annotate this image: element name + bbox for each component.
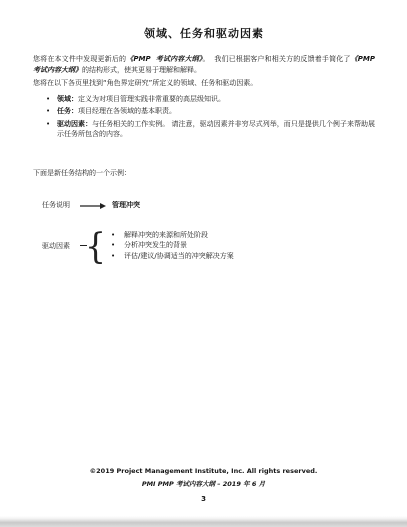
intro-text-3: 的结构形式，使其更易于理解和解释。: [82, 66, 201, 74]
page-content: 领域、任务和驱动因素 您将在本文件中发现更新后的《PMP 考试内容大纲》。 我们…: [0, 0, 407, 262]
task-label: 任务说明: [42, 200, 80, 210]
intro-text-2: 。 我们已根据客户和相关方的反馈着手简化了: [202, 55, 350, 63]
page-number: 3: [0, 495, 407, 503]
bullet-icon: •: [111, 240, 124, 251]
bullet-icon: •: [111, 251, 124, 262]
task-value: 管理冲突: [112, 200, 140, 210]
intro-paragraph-2: 您将在以下各页里找到“角色界定研究”所定义的领域、任务和驱动因素。: [33, 78, 375, 89]
document-title-footer: PMI PMP 考试内容大纲 – 2019 年 6 月: [0, 479, 407, 488]
definition-term: 驱动因素：: [57, 120, 92, 128]
bullet-icon: •: [46, 119, 57, 140]
copyright-text: ©2019 Project Management Institute, Inc.…: [0, 467, 407, 475]
drivers-list: • 解释冲突的来源和所处阶段 • 分析冲突发生的背景 • 评估/建议/协调适当的…: [111, 230, 234, 262]
definition-list: • 领域：定义为对项目管理实践非常重要的高层级知识。 • 任务：项目经理在各领域…: [33, 94, 375, 140]
page-bottom-edge: [0, 516, 407, 527]
brace-icon: {: [85, 228, 106, 264]
intro-paragraph-1: 您将在本文件中发现更新后的《PMP 考试内容大纲》。 我们已根据客户和相关方的反…: [33, 54, 375, 75]
example-lead: 下面是新任务结构的一个示例：: [33, 168, 375, 179]
list-item: • 解释冲突的来源和所处阶段: [111, 230, 234, 241]
definition-text: 与任务相关的工作实例。 请注意，驱动因素并非穷尽式列举，而只是提供几个例子来帮助…: [57, 120, 375, 139]
definition-enabler: 驱动因素：与任务相关的工作实例。 请注意，驱动因素并非穷尽式列举，而只是提供几个…: [57, 119, 375, 140]
list-item: • 驱动因素：与任务相关的工作实例。 请注意，驱动因素并非穷尽式列举，而只是提供…: [46, 119, 375, 140]
list-item: • 任务：项目经理在各领域的基本职责。: [46, 106, 375, 117]
definition-term: 任务：: [57, 107, 78, 115]
list-item: • 分析冲突发生的背景: [111, 240, 234, 251]
book-title-1: 《PMP 考试内容大纲》: [126, 55, 202, 63]
document-page: 领域、任务和驱动因素 您将在本文件中发现更新后的《PMP 考试内容大纲》。 我们…: [0, 0, 407, 527]
definition-domain: 领域：定义为对项目管理实践非常重要的高层级知识。: [57, 94, 375, 105]
task-structure-row: 任务说明 管理冲突: [42, 195, 375, 214]
bullet-icon: •: [111, 230, 124, 241]
bullet-icon: •: [46, 106, 57, 117]
definition-term: 领域：: [57, 95, 78, 103]
definition-text: 项目经理在各领域的基本职责。: [78, 107, 176, 115]
intro-text-1: 您将在本文件中发现更新后的: [33, 55, 126, 63]
bullet-icon: •: [46, 94, 57, 105]
definition-task: 任务：项目经理在各领域的基本职责。: [57, 106, 375, 117]
list-item: • 领域：定义为对项目管理实践非常重要的高层级知识。: [46, 94, 375, 105]
page-footer: ©2019 Project Management Institute, Inc.…: [0, 467, 407, 503]
definition-text: 定义为对项目管理实践非常重要的高层级知识。: [78, 95, 225, 103]
drivers-label: 驱动因素: [42, 241, 80, 251]
driver-text: 评估/建议/协调适当的冲突解决方案: [124, 251, 234, 262]
page-title: 领域、任务和驱动因素: [33, 0, 375, 41]
list-item: • 评估/建议/协调适当的冲突解决方案: [111, 251, 234, 262]
driver-text: 分析冲突发生的背景: [124, 240, 187, 251]
drivers-structure-row: 驱动因素 { • 解释冲突的来源和所处阶段 • 分析冲突发生的背景 • 评估/建…: [42, 229, 375, 262]
right-arrow-icon: [80, 195, 106, 214]
driver-text: 解释冲突的来源和所处阶段: [124, 230, 208, 241]
